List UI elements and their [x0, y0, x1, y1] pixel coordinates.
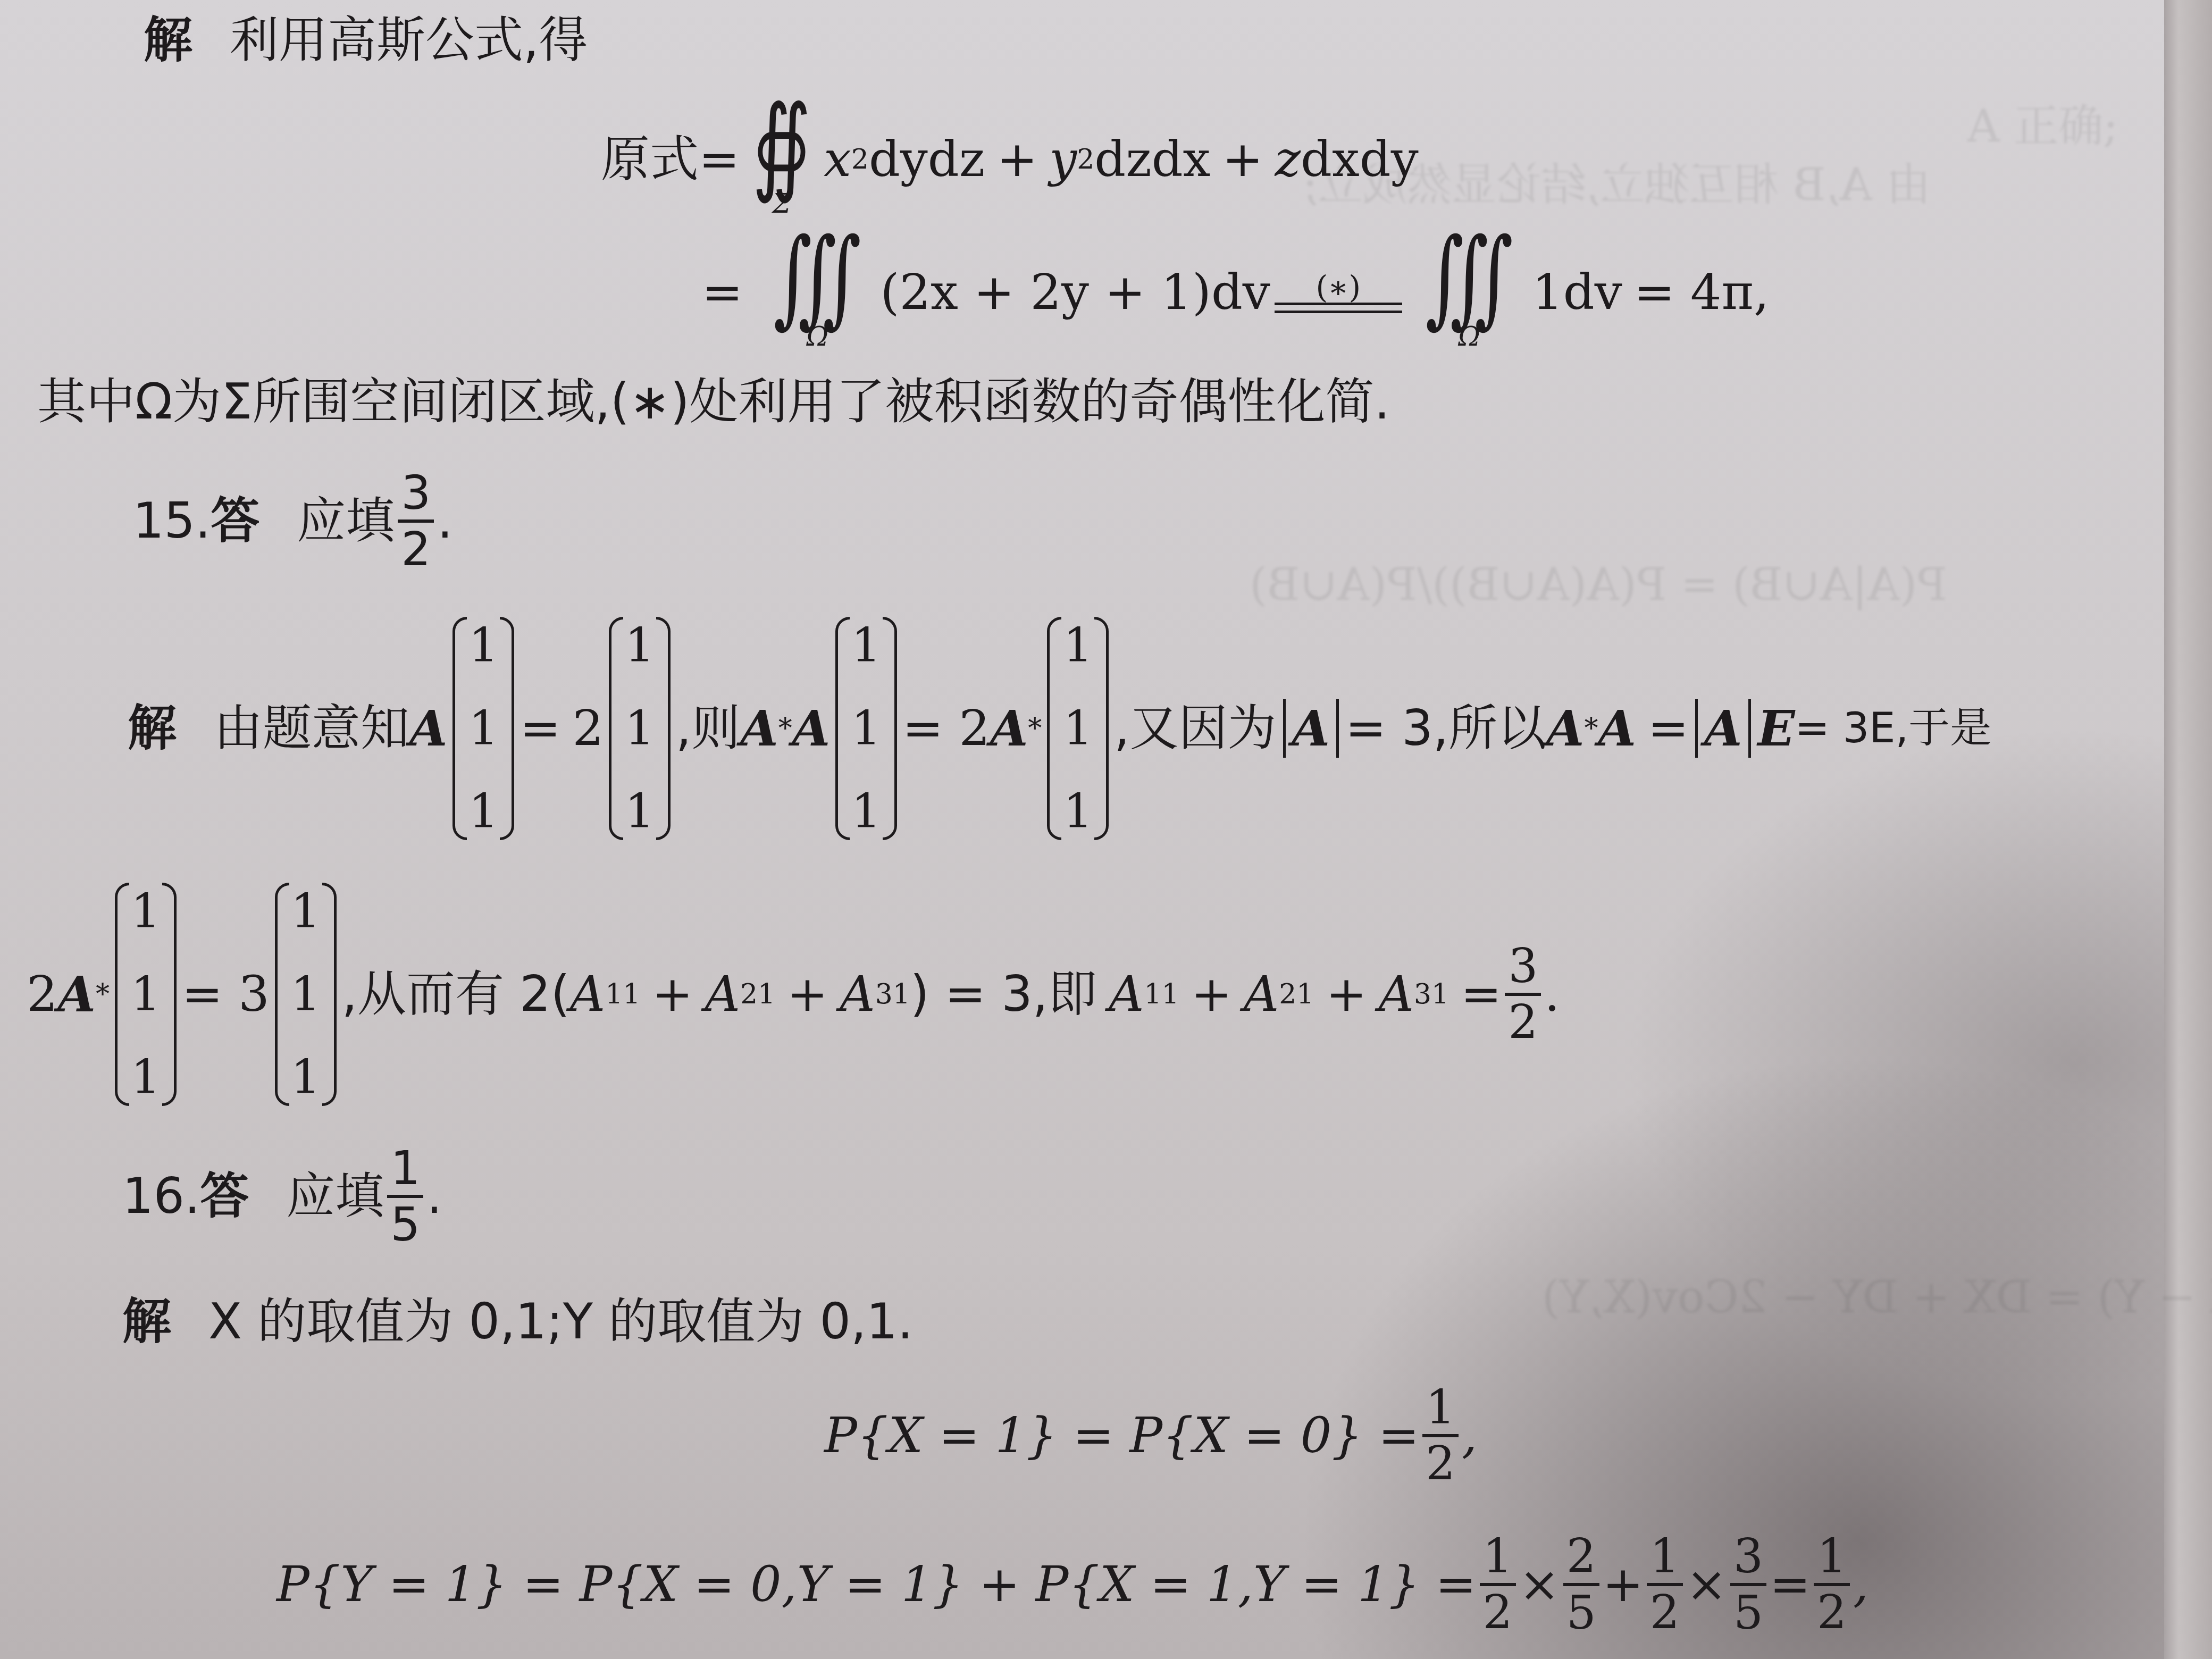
plus-sign: +	[1222, 135, 1263, 184]
cofactor: A	[705, 970, 740, 1019]
fraction: 3 5	[1730, 1532, 1766, 1638]
numerator: 3	[1505, 942, 1541, 991]
scalar: 2	[27, 970, 58, 1019]
equation-lhs: P{Y = 1} = P{X = 0,Y = 1} + P{X = 1,Y = …	[276, 1560, 1477, 1609]
result-fraction: 1 2	[1814, 1532, 1850, 1638]
vector-entry: 1	[131, 1054, 161, 1101]
solution-text: ) = 3,即	[910, 970, 1097, 1019]
vector-entry: 1	[1063, 705, 1093, 752]
vector-entry: 1	[1063, 788, 1093, 835]
equals-sign: =	[699, 135, 740, 184]
vector-entry: 1	[851, 788, 881, 835]
answer-label: 答	[200, 1172, 249, 1221]
answer-fraction: 3 2	[398, 468, 434, 574]
matrix-A: A	[58, 970, 96, 1019]
vector-entry: 1	[468, 622, 498, 669]
times-sign: ×	[1519, 1560, 1560, 1609]
denominator: 5	[387, 1200, 423, 1249]
bleed-through-text: A 正确;	[1967, 90, 2118, 155]
fill-label: 应填	[297, 497, 395, 546]
numerator: 1	[387, 1144, 423, 1193]
result: = 4π,	[1634, 268, 1770, 317]
column-vector: 1 1 1	[115, 883, 177, 1106]
vector-entry: 1	[468, 705, 498, 752]
numerator: 1	[1647, 1532, 1683, 1581]
equals-sign: =	[702, 268, 743, 317]
adjugate-star: *	[778, 715, 792, 742]
period: .	[437, 497, 453, 546]
column-vector: 1 1 1	[835, 617, 897, 840]
plus-sign: +	[1326, 970, 1367, 1019]
vector-entry: 1	[131, 971, 161, 1018]
numerator: 1	[1480, 1532, 1516, 1581]
p14-solution-intro: 解 利用高斯公式,得	[144, 16, 588, 65]
matrix-A: A	[792, 704, 830, 753]
column-vector: 1 1 1	[1047, 617, 1109, 840]
equals-sign: =	[1648, 704, 1689, 753]
matrix-A: A	[1598, 704, 1636, 753]
p15-answer: 15. 答 应填 3 2 .	[133, 473, 453, 569]
answer-fraction: 1 5	[387, 1144, 423, 1250]
vector-entry: 1	[851, 622, 881, 669]
cofactor-index: 21	[740, 981, 775, 1008]
cofactor-index: 11	[605, 981, 640, 1008]
cofactor-index: 11	[1144, 981, 1179, 1008]
triple-integral: ∭ Ω	[1406, 235, 1532, 350]
surface-integral: ∯ Σ	[740, 102, 824, 217]
fraction: 2 5	[1563, 1532, 1599, 1638]
p16-answer: 16. 答 应填 1 5 .	[122, 1149, 442, 1244]
vector-entry: 1	[291, 1054, 321, 1101]
cofactor-index: 31	[1414, 981, 1449, 1008]
vector-entry: 1	[1063, 622, 1093, 669]
equation-gauss-1: 原式 = ∯ Σ x2 dydz + y2 dzdx + z dxdy	[601, 90, 1419, 229]
integrand: (2x + 2y + 1)dv	[881, 268, 1270, 317]
equals-scalar: = 2	[902, 704, 990, 753]
solution-text: = 3,所以	[1345, 704, 1546, 753]
times-sign: ×	[1686, 1560, 1727, 1609]
var-y: y	[1049, 135, 1077, 184]
solution-text: ,从而有 2(	[342, 970, 570, 1019]
integrand: 1dv	[1532, 268, 1622, 317]
bleed-through-text: D(θ) = D(X − Y) = DX + DY − 2Cov(X,Y)	[1542, 1271, 2212, 1323]
vector-entry: 1	[291, 971, 321, 1018]
matrix-A: A	[990, 704, 1028, 753]
numerator: 1	[1814, 1532, 1850, 1581]
numerator: 3	[398, 468, 434, 517]
equation-px: P{X = 1} = P{X = 0} = 1 2 ,	[824, 1388, 1477, 1484]
solution-text: ,则	[676, 704, 740, 753]
vector-entry: 1	[131, 888, 161, 935]
cofactor: A	[1109, 970, 1144, 1019]
differential: dxdy	[1301, 135, 1419, 184]
vector-entry: 1	[468, 788, 498, 835]
fill-label: 应填	[286, 1172, 384, 1221]
matrix-A: A	[1704, 704, 1742, 753]
det-bar-icon	[1748, 699, 1751, 758]
plus-sign: +	[787, 970, 828, 1019]
scalar: 2	[573, 704, 604, 753]
differential: dydz	[869, 135, 985, 184]
oint-icon: ∯	[752, 102, 811, 187]
det-bar-icon	[1695, 699, 1698, 758]
numerator: 2	[1563, 1532, 1599, 1581]
solution-text: = 3E,于是	[1795, 708, 1992, 749]
exponent: 2	[851, 146, 869, 173]
equals-sign: =	[520, 704, 560, 753]
problem-number: 15.	[133, 497, 211, 546]
long-equals-icon	[1275, 303, 1402, 313]
denominator: 2	[1814, 1588, 1850, 1637]
comma: ,	[1462, 1411, 1477, 1460]
numerator: 1	[1422, 1383, 1459, 1432]
equation-gauss-2: = ∭ Ω (2x + 2y + 1)dv (∗) ∭ Ω 1dv = 4π,	[702, 223, 1769, 362]
triple-integral-icon: ∭	[1425, 235, 1513, 320]
solution-label: 解	[122, 1297, 171, 1346]
det-bar-icon	[1336, 699, 1339, 758]
cofactor: A	[570, 970, 605, 1019]
denominator: 2	[1422, 1439, 1459, 1488]
cofactor: A	[1378, 970, 1413, 1019]
matrix-A: A	[1546, 704, 1584, 753]
period: .	[1544, 970, 1560, 1019]
cofactor: A	[1244, 970, 1279, 1019]
intro-text: 利用高斯公式,得	[230, 16, 588, 65]
page-edge	[2164, 0, 2212, 1659]
equals-sign: =	[1461, 970, 1502, 1019]
adjugate-star: *	[1028, 715, 1042, 742]
column-vector: 1 1 1	[275, 883, 337, 1106]
plus-sign: +	[1603, 1560, 1644, 1609]
matrix-A: A	[1292, 704, 1330, 753]
identity-E: E	[1757, 704, 1795, 753]
cofactor-index: 21	[1279, 981, 1314, 1008]
fraction: 1 2	[1480, 1532, 1516, 1638]
triple-integral-icon: ∭	[774, 235, 862, 320]
triple-integral: ∭ Ω	[755, 235, 880, 350]
vector-entry: 1	[851, 705, 881, 752]
solution-text: ,又因为	[1114, 704, 1276, 753]
period: .	[426, 1172, 442, 1221]
equation-py: P{Y = 1} = P{X = 0,Y = 1} + P{X = 1,Y = …	[276, 1531, 1869, 1638]
vector-entry: 1	[625, 622, 655, 669]
vector-entry: 1	[625, 705, 655, 752]
solution-label: 解	[128, 704, 177, 753]
cofactor: A	[840, 970, 875, 1019]
denominator: 2	[1647, 1588, 1683, 1637]
equals-scalar: = 3	[182, 970, 270, 1019]
numerator: 3	[1730, 1532, 1766, 1581]
matrix-A: A	[409, 704, 447, 753]
solution-text: X 的取值为 0,1;Y 的取值为 0,1.	[208, 1297, 913, 1346]
denominator: 2	[398, 525, 434, 574]
adjugate-star: *	[1585, 715, 1598, 742]
column-vector: 1 1 1	[453, 617, 514, 840]
p16-solution-intro: 解 X 的取值为 0,1;Y 的取值为 0,1.	[122, 1297, 913, 1346]
p15-solution-line2: 2 A* 1 1 1 = 3 1 1 1 ,从而有 2( A11 + A21 +…	[27, 883, 1560, 1106]
lhs-label: 原式	[601, 135, 699, 184]
column-vector: 1 1 1	[609, 617, 671, 840]
plus-sign: +	[1191, 970, 1232, 1019]
vector-entry: 1	[291, 888, 321, 935]
comma: ,	[1853, 1560, 1869, 1609]
plus-sign: +	[652, 970, 693, 1019]
annotation-star: (∗)	[1316, 272, 1361, 303]
matrix-A: A	[740, 704, 778, 753]
vector-entry: 1	[625, 788, 655, 835]
var-x: x	[824, 135, 851, 184]
denominator: 2	[1480, 1588, 1516, 1637]
equals-sign: =	[1770, 1560, 1811, 1609]
problem-number: 16.	[122, 1172, 200, 1221]
denominator: 5	[1730, 1588, 1766, 1637]
equation-lhs: P{X = 1} = P{X = 0} =	[824, 1411, 1419, 1460]
denominator: 5	[1563, 1588, 1599, 1637]
denominator: 2	[1505, 998, 1541, 1047]
var-z: z	[1275, 135, 1301, 184]
differential: dzdx	[1094, 135, 1210, 184]
p15-solution-line1: 解 由题意知 A 1 1 1 = 2 1 1 1 ,则 A* A 1 1 1 =…	[128, 617, 1991, 840]
solution-label: 解	[144, 16, 192, 65]
fraction: 1 2	[1647, 1532, 1683, 1638]
p14-note: 其中Ω为Σ所围空间闭区域,(∗)处利用了被积函数的奇偶性化简.	[37, 378, 1390, 426]
solution-text: 由题意知	[214, 704, 409, 753]
result-fraction: 1 2	[1422, 1383, 1459, 1489]
plus-sign: +	[996, 135, 1037, 184]
exponent: 2	[1077, 146, 1094, 173]
adjugate-star: *	[96, 981, 110, 1008]
annotated-equals: (∗)	[1275, 272, 1402, 313]
result-fraction: 3 2	[1505, 942, 1541, 1048]
answer-label: 答	[211, 497, 259, 546]
cofactor-index: 31	[875, 981, 910, 1008]
bleed-through-text: P(A|A∪B) = P(A(A∪B))/P(A∪B)	[1250, 558, 1947, 610]
det-bar-icon	[1283, 699, 1286, 758]
